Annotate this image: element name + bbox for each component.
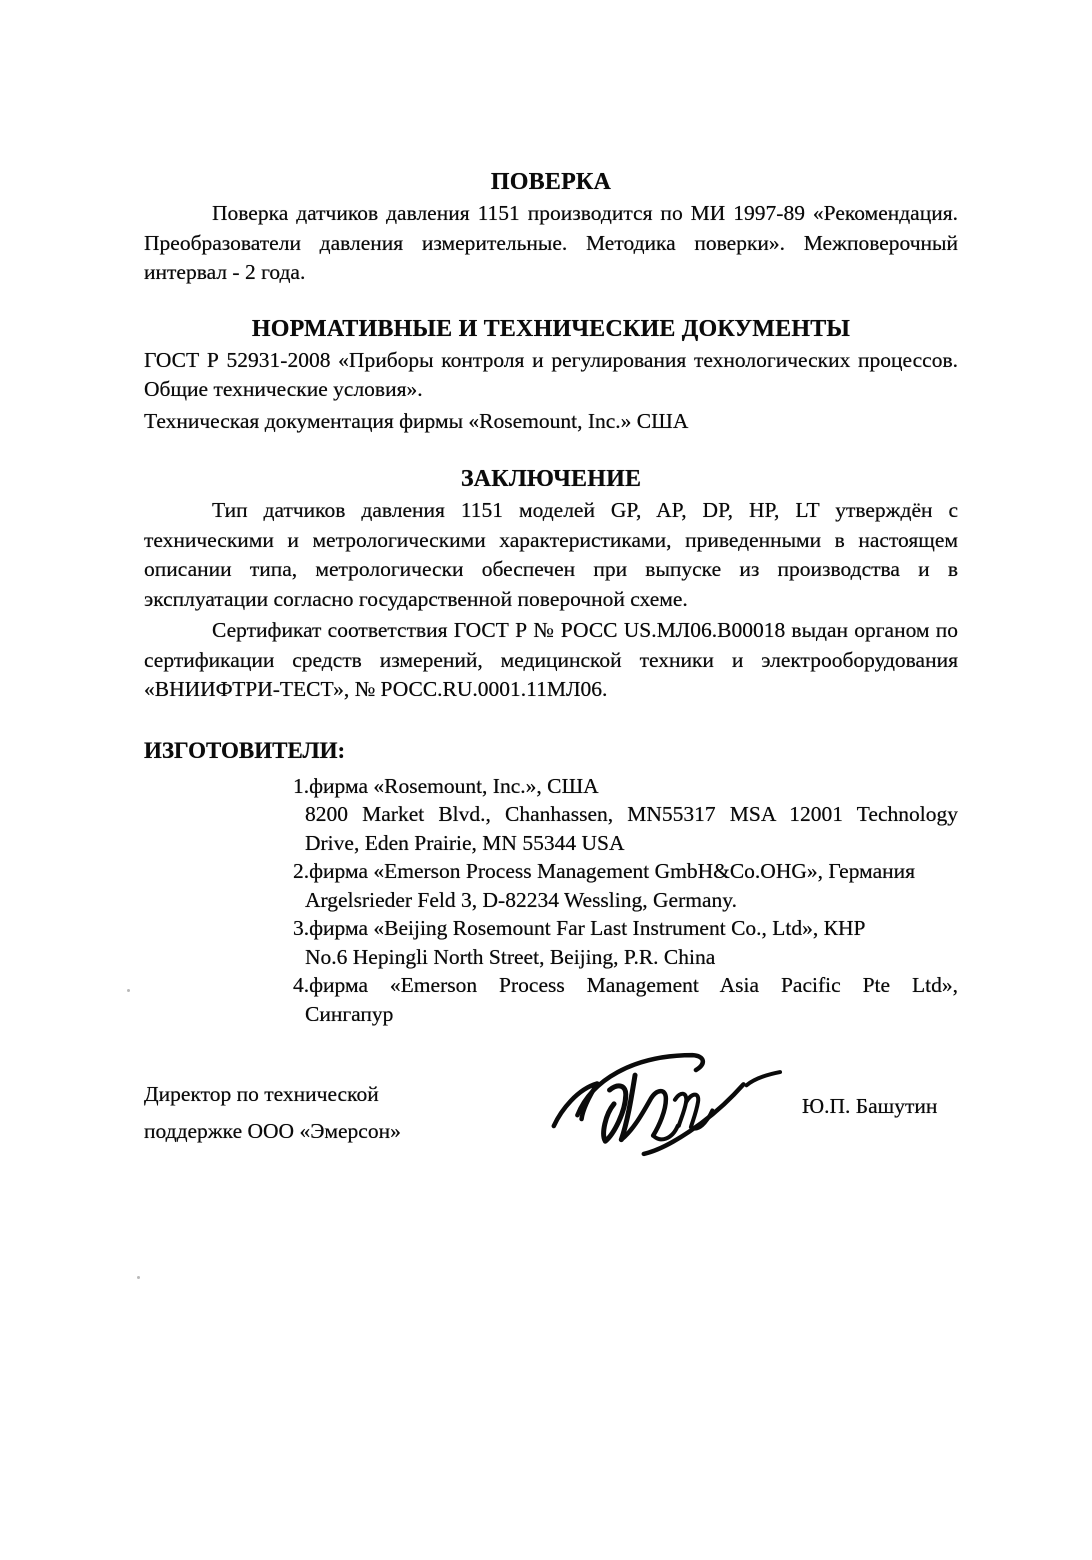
scan-speck — [137, 1276, 140, 1279]
manufacturer-address: Сингапур — [144, 1000, 958, 1029]
scan-speck — [127, 989, 130, 992]
list-item-manufacturer-3: 3.фирма «Beijing Rosemount Far Last Inst… — [144, 914, 958, 971]
section-title-verification: ПОВЕРКА — [144, 167, 958, 197]
paragraph-certificate: Сертификат соответствия ГОСТ Р № РОСС US… — [144, 616, 958, 705]
paragraph-verification: Поверка датчиков давления 1151 производи… — [144, 199, 958, 288]
signatory-title-line: Директор по технической — [144, 1076, 434, 1113]
manufacturer-name: 1.фирма «Rosemount, Inc.», США — [144, 772, 958, 801]
list-item-manufacturer-1: 1.фирма «Rosemount, Inc.», США 8200 Mark… — [144, 772, 958, 858]
manufacturer-address: Argelsrieder Feld 3, D-82234 Wessling, G… — [144, 886, 958, 915]
manufacturer-name: 2.фирма «Emerson Process Management GmbH… — [144, 857, 958, 886]
manufacturer-name: 4.фирма «Emerson Process Management Asia… — [144, 971, 958, 1000]
signatory-title: Директор по технической поддержке ООО «Э… — [144, 1076, 434, 1150]
document-content: ПОВЕРКА Поверка датчиков давления 1151 п… — [144, 0, 958, 1194]
document-page: ПОВЕРКА Поверка датчиков давления 1151 п… — [0, 0, 1092, 1560]
handwritten-signature-icon — [544, 1032, 793, 1172]
list-item-manufacturer-4: 4.фирма «Emerson Process Management Asia… — [144, 971, 958, 1028]
list-item-manufacturer-2: 2.фирма «Emerson Process Management GmbH… — [144, 857, 958, 914]
signatory-name: Ю.П. Башутин — [802, 1092, 937, 1122]
manufacturer-name: 3.фирма «Beijing Rosemount Far Last Inst… — [144, 914, 958, 943]
paragraph-technical-documentation: Техническая документация фирмы «Rosemoun… — [144, 407, 958, 437]
paragraph-gost-standard: ГОСТ Р 52931-2008 «Приборы контроля и ре… — [144, 346, 958, 405]
paragraph-type-approval: Тип датчиков давления 1151 моделей GP, A… — [144, 496, 958, 614]
signature-block: Директор по технической поддержке ООО «Э… — [144, 1044, 958, 1194]
section-title-normative-docs: НОРМАТИВНЫЕ И ТЕХНИЧЕСКИЕ ДОКУМЕНТЫ — [144, 314, 958, 344]
section-title-manufacturers: ИЗГОТОВИТЕЛИ: — [144, 736, 958, 766]
manufacturer-address: No.6 Hepingli North Street, Beijing, P.R… — [144, 943, 958, 972]
signatory-title-line: поддержке ООО «Эмерсон» — [144, 1113, 434, 1150]
manufacturer-list: 1.фирма «Rosemount, Inc.», США 8200 Mark… — [144, 772, 958, 1029]
section-title-conclusion: ЗАКЛЮЧЕНИЕ — [144, 464, 958, 494]
manufacturer-address: Drive, Eden Prairie, MN 55344 USA — [144, 829, 958, 858]
manufacturer-address: 8200 Market Blvd., Chanhassen, MN55317 M… — [144, 800, 958, 829]
